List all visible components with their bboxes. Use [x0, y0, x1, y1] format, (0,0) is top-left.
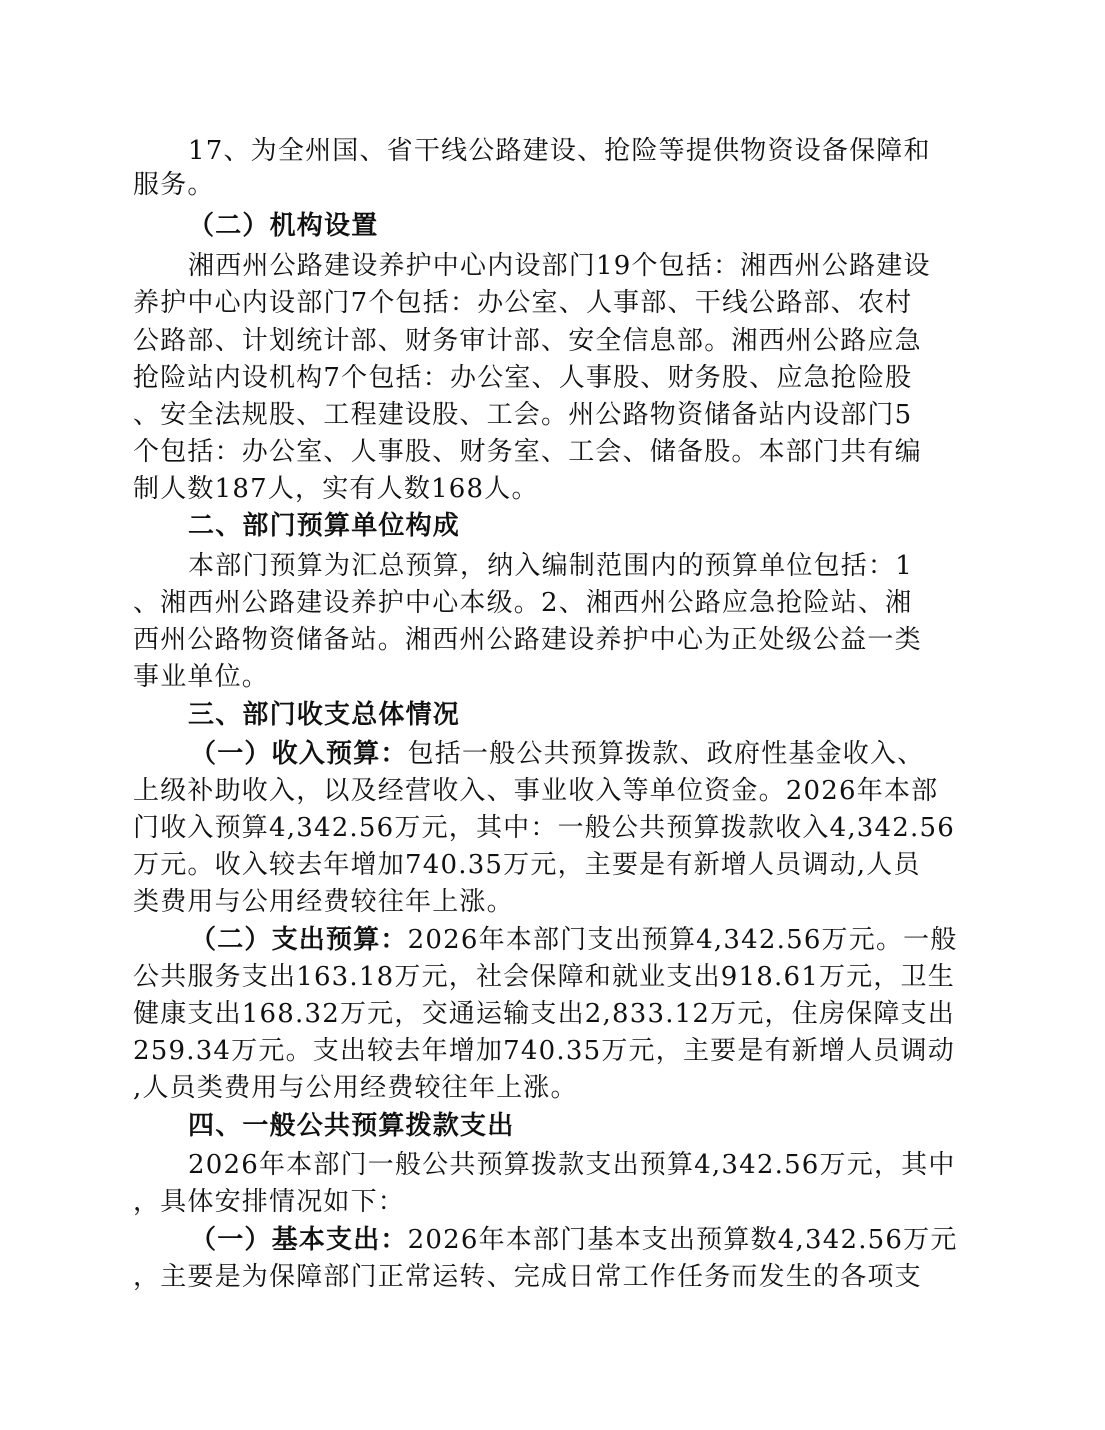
document-page: 17、为全州国、省干线公路建设、抢险等提供物资设备保障和 服务。 （二）机构设置… [0, 0, 1105, 1430]
paragraph-line: 2026年本部门一般公共预算拨款支出预算4,342.56万元，其中 [188, 1145, 1028, 1185]
paragraph-line: 健康支出168.32万元，交通运输支出2,833.12万元，住房保障支出 [133, 994, 973, 1034]
paragraph-line: 上级补助收入，以及经营收入、事业收入等单位资金。2026年本部 [133, 771, 973, 811]
paragraph-line: 万元。收入较去年增加740.35万元，主要是有新增人员调动,人员 [133, 845, 973, 885]
paragraph-line: 抢险站内设机构7个包括：办公室、人事股、财务股、应急抢险股 [133, 358, 973, 398]
paragraph-line: 养护中心内设部门7个包括：办公室、人事部、干线公路部、农村 [133, 283, 973, 323]
subheading-inline: （二）支出预算： [190, 925, 408, 955]
paragraph-line: 、湘西州公路建设养护中心本级。2、湘西州公路应急抢险站、湘 [133, 583, 973, 623]
paragraph-line: 个包括：办公室、人事股、财务室、工会、储备股。本部门共有编 [133, 432, 973, 472]
paragraph-line: 事业单位。 [133, 657, 973, 697]
paragraph-line: ，具体安排情况如下： [133, 1182, 973, 1222]
paragraph-line: 259.34万元。支出较去年增加740.35万元，主要是有新增人员调动 [133, 1031, 973, 1071]
paragraph-line: 服务。 [133, 165, 973, 205]
section-heading: 二、部门预算单位构成 [188, 506, 1028, 546]
paragraph-line: 湘西州公路建设养护中心内设部门19个包括：湘西州公路建设 [188, 246, 1028, 286]
paragraph-text: 2026年本部门支出预算4,342.56万元。一般 [408, 925, 958, 955]
paragraph-line: （一）收入预算：包括一般公共预算拨款、政府性基金收入、 [190, 734, 1030, 774]
subheading-inline: （一）基本支出： [190, 1225, 408, 1255]
paragraph-line: 公路部、计划统计部、财务审计部、安全信息部。湘西州公路应急 [133, 321, 973, 361]
section-heading: （二）机构设置 [188, 206, 1028, 246]
paragraph-line: 、安全法规股、工程建设股、工会。州公路物资储备站内设部门5 [133, 395, 973, 435]
paragraph-line: 本部门预算为汇总预算，纳入编制范围内的预算单位包括：1 [188, 546, 1028, 586]
paragraph-line: （一）基本支出：2026年本部门基本支出预算数4,342.56万元 [190, 1220, 1030, 1260]
paragraph-line: （二）支出预算：2026年本部门支出预算4,342.56万元。一般 [190, 920, 1030, 960]
section-heading: 三、部门收支总体情况 [188, 695, 1028, 735]
paragraph-line: 西州公路物资储备站。湘西州公路建设养护中心为正处级公益一类 [133, 620, 973, 660]
paragraph-line: 门收入预算4,342.56万元，其中：一般公共预算拨款收入4,342.56 [133, 808, 973, 848]
subheading-inline: （一）收入预算： [190, 739, 408, 769]
paragraph-line: ,人员类费用与公用经费较往年上涨。 [133, 1068, 973, 1108]
paragraph-line: ，主要是为保障部门正常运转、完成日常工作任务而发生的各项支 [133, 1257, 973, 1297]
paragraph-text: 2026年本部门基本支出预算数4,342.56万元 [408, 1225, 958, 1255]
paragraph-line: 类费用与公用经费较往年上涨。 [133, 882, 973, 922]
paragraph-text: 包括一般公共预算拨款、政府性基金收入、 [408, 739, 925, 769]
paragraph-line: 公共服务支出163.18万元，社会保障和就业支出918.61万元，卫生 [133, 957, 973, 997]
paragraph-line: 制人数187人，实有人数168人。 [133, 469, 973, 509]
section-heading: 四、一般公共预算拨款支出 [188, 1106, 1028, 1146]
